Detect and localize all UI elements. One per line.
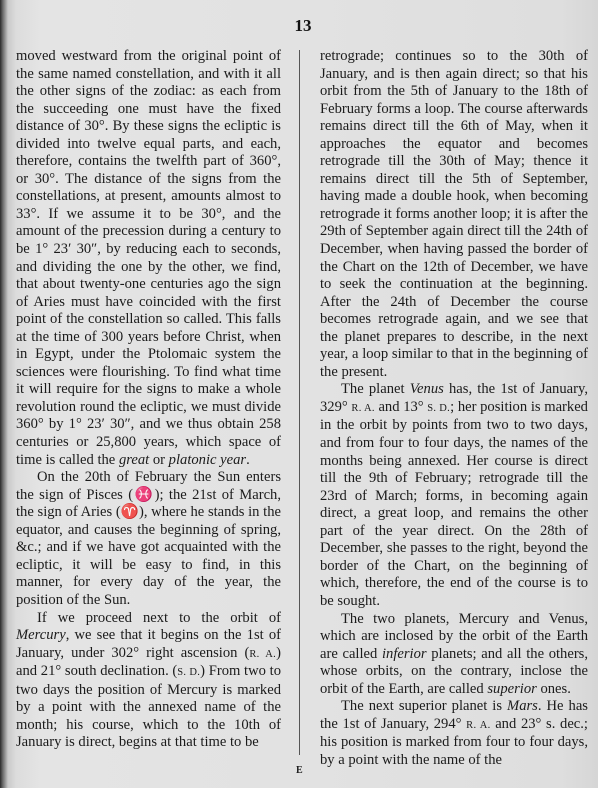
italic-term-superior: superior xyxy=(487,681,536,697)
left-text-column: moved westward from the original point o… xyxy=(16,48,281,752)
paragraph-text: The planet xyxy=(341,381,410,397)
paragraph-text: or xyxy=(149,452,168,468)
italic-term-venus: Venus xyxy=(410,381,444,397)
paragraph-text: moved westward from the original point o… xyxy=(16,48,281,468)
paragraph-text: ; her position is marked in the orbit by… xyxy=(320,399,588,609)
italic-term-mars: Mars xyxy=(507,698,538,714)
abbrev-south-declination: S. D. xyxy=(177,667,200,678)
paragraph-text: and 13° xyxy=(375,399,428,415)
right-text-column: retrograde; continues so to the 30th of … xyxy=(320,48,588,769)
signature-mark: E xyxy=(296,765,303,776)
paragraph-text: retrograde; continues so to the 30th of … xyxy=(320,48,588,380)
abbrev-south-declination: S. D. xyxy=(427,403,450,414)
paragraph-inferior-superior: The two planets, Mercury and Venus, whic… xyxy=(320,611,588,699)
paragraph-mars: The next superior planet is Mars. He has… xyxy=(320,698,588,769)
abbrev-right-ascension: R. A. xyxy=(351,403,374,414)
italic-term-great: great xyxy=(119,452,149,468)
italic-term-platonic-year: platonic year xyxy=(169,452,246,468)
paragraph-text: . xyxy=(246,452,250,468)
paragraph-venus: The planet Venus has, the 1st of January… xyxy=(320,381,588,610)
italic-term-mercury: Mercury xyxy=(16,627,66,643)
italic-term-inferior: inferior xyxy=(382,646,427,662)
paragraph-text: The next superior planet is xyxy=(341,698,507,714)
paragraph-mercury: If we proceed next to the orbit of Mercu… xyxy=(16,610,281,752)
abbrev-right-ascension: R. A. xyxy=(249,649,276,660)
abbrev-right-ascension: R. A. xyxy=(466,720,490,731)
paragraph-sun: On the 20th of February the Sun enters t… xyxy=(16,469,281,609)
paragraph-text: If we proceed next to the orbit of xyxy=(37,610,281,626)
paragraph-mercury-continued: retrograde; continues so to the 30th of … xyxy=(320,48,588,381)
column-divider xyxy=(299,50,300,755)
paragraph-text: On the 20th of February the Sun enters t… xyxy=(16,469,281,608)
paragraph-precession: moved westward from the original point o… xyxy=(16,48,281,469)
page-number: 13 xyxy=(288,16,318,36)
paragraph-text: ones. xyxy=(537,681,571,697)
